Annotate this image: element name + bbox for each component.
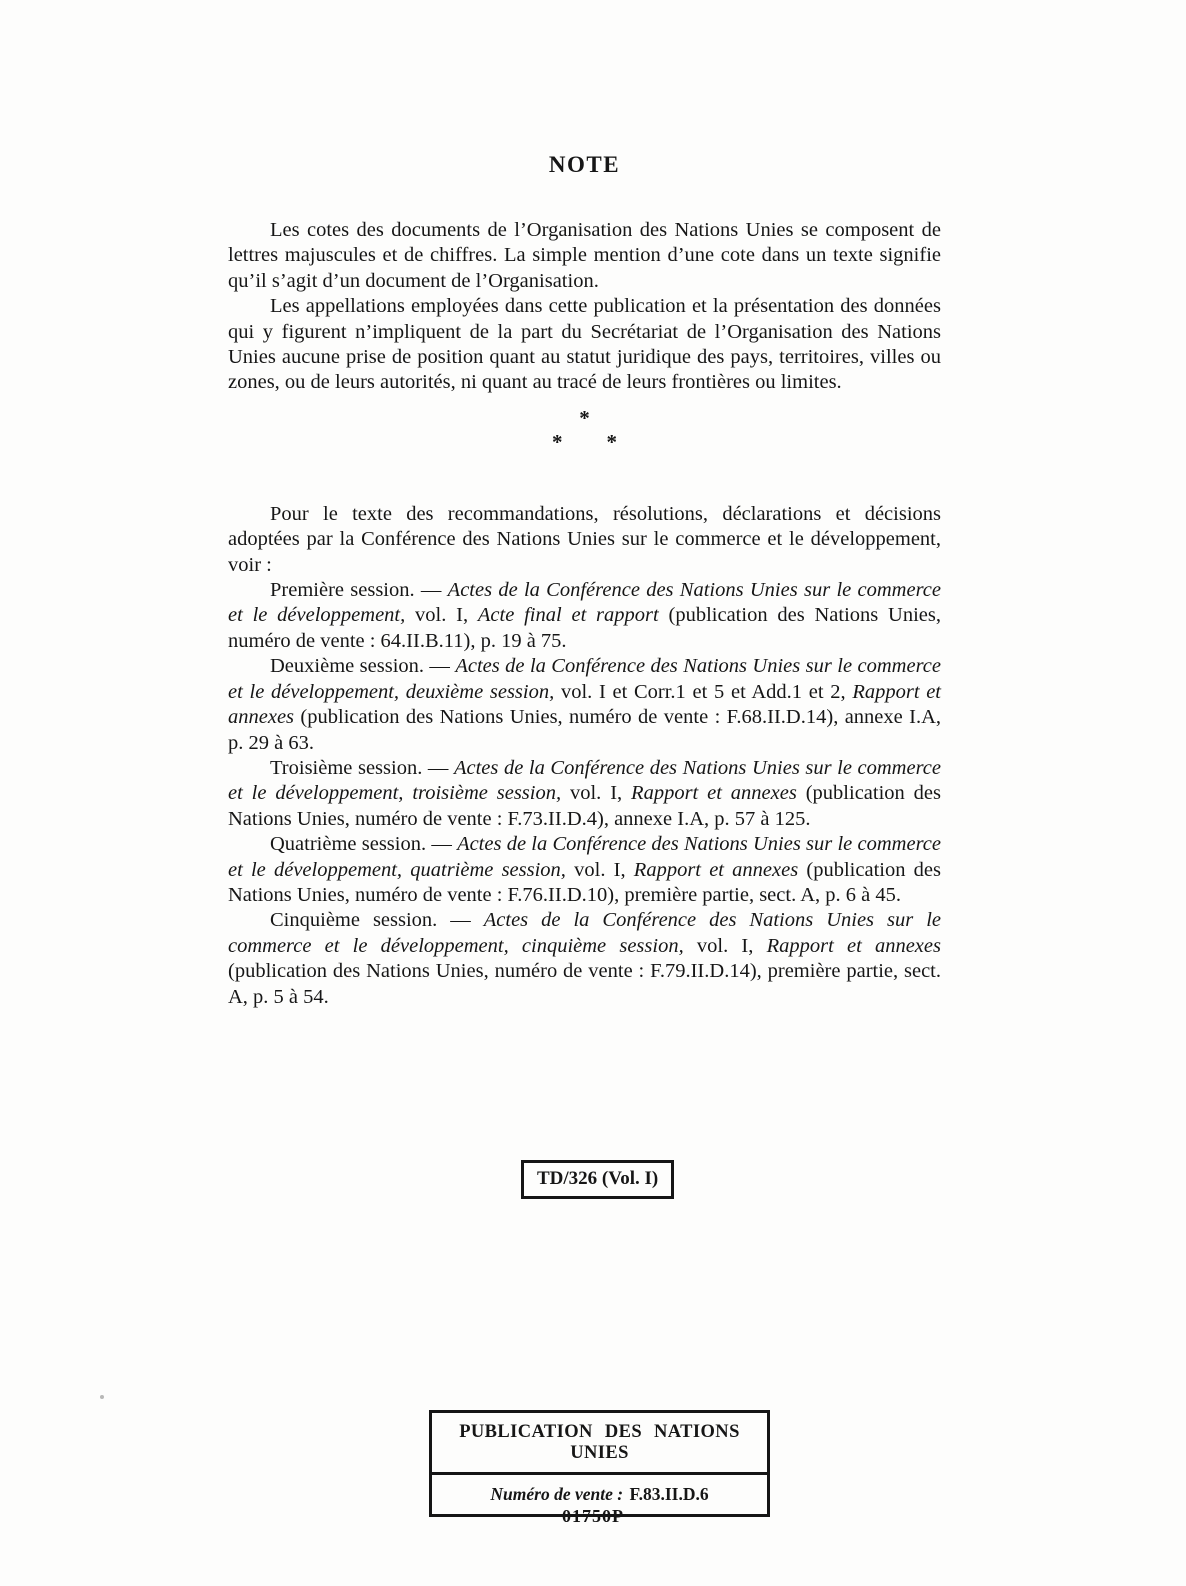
session-publication: (publication des Nations Unies, numéro d… xyxy=(228,706,941,753)
session-publication: (publication des Nations Unies, numéro d… xyxy=(228,960,941,1007)
asterisk-glyph: * xyxy=(579,406,590,430)
session-paragraph-1: Première session. — Actes de la Conféren… xyxy=(228,578,941,654)
session-subtitle-italic: Rapport et annexes xyxy=(634,859,807,881)
asterisk-glyph: * xyxy=(552,430,563,454)
publication-stamp-box: PUBLICATION DES NATIONS UNIES Numéro de … xyxy=(429,1410,770,1517)
session-subtitle-italic: Rapport et annexes xyxy=(767,935,941,957)
session-label: Troisième session. — xyxy=(270,757,454,779)
asterisk-separator: * ** xyxy=(228,406,941,454)
print-job-code: 01750P xyxy=(0,1506,1186,1527)
session-volume: vol. I et Corr.1 et 5 et Add.1 et 2, xyxy=(561,681,852,703)
sales-number-label: Numéro de vente : xyxy=(490,1484,625,1504)
asterisk-top-row: * xyxy=(228,406,941,430)
session-paragraph-3: Troisième session. — Actes de la Confére… xyxy=(228,756,941,832)
session-paragraph-5: Cinquième session. — Actes de la Confére… xyxy=(228,908,941,1010)
scan-speck-artifact xyxy=(100,1395,104,1399)
publication-title: PUBLICATION DES NATIONS UNIES xyxy=(432,1413,767,1475)
session-volume: vol. I, xyxy=(697,935,767,957)
document-symbol-box: TD/326 (Vol. I) xyxy=(521,1160,674,1199)
session-label: Première session. — xyxy=(270,579,448,601)
session-volume: vol. I, xyxy=(570,782,631,804)
paragraph-designations: Les appellations employées dans cette pu… xyxy=(228,294,941,396)
session-label: Quatrième session. — xyxy=(270,833,457,855)
asterisk-glyph: * xyxy=(607,430,618,454)
body-text-block: Les cotes des documents de l’Organisatio… xyxy=(228,218,941,1010)
session-paragraph-2: Deuxième session. — Actes de la Conféren… xyxy=(228,654,941,756)
sales-number-value: F.83.II.D.6 xyxy=(629,1484,708,1504)
session-subtitle-italic: Acte final et rapport xyxy=(478,604,669,626)
session-label: Deuxième session. — xyxy=(270,655,455,677)
session-volume: vol. I, xyxy=(415,604,478,626)
paragraph-doc-symbols: Les cotes des documents de l’Organisatio… xyxy=(228,218,941,294)
document-page: NOTE Les cotes des documents de l’Organi… xyxy=(0,0,1186,1586)
session-paragraph-4: Quatrième session. — Actes de la Confére… xyxy=(228,832,941,908)
session-subtitle-italic: Rapport et annexes xyxy=(631,782,806,804)
session-volume: vol. I, xyxy=(574,859,634,881)
page-title: NOTE xyxy=(228,152,941,178)
asterisk-bottom-row: ** xyxy=(228,430,941,454)
session-label: Cinquième session. — xyxy=(270,909,484,931)
paragraph-intro: Pour le texte des recommandations, résol… xyxy=(228,502,941,578)
